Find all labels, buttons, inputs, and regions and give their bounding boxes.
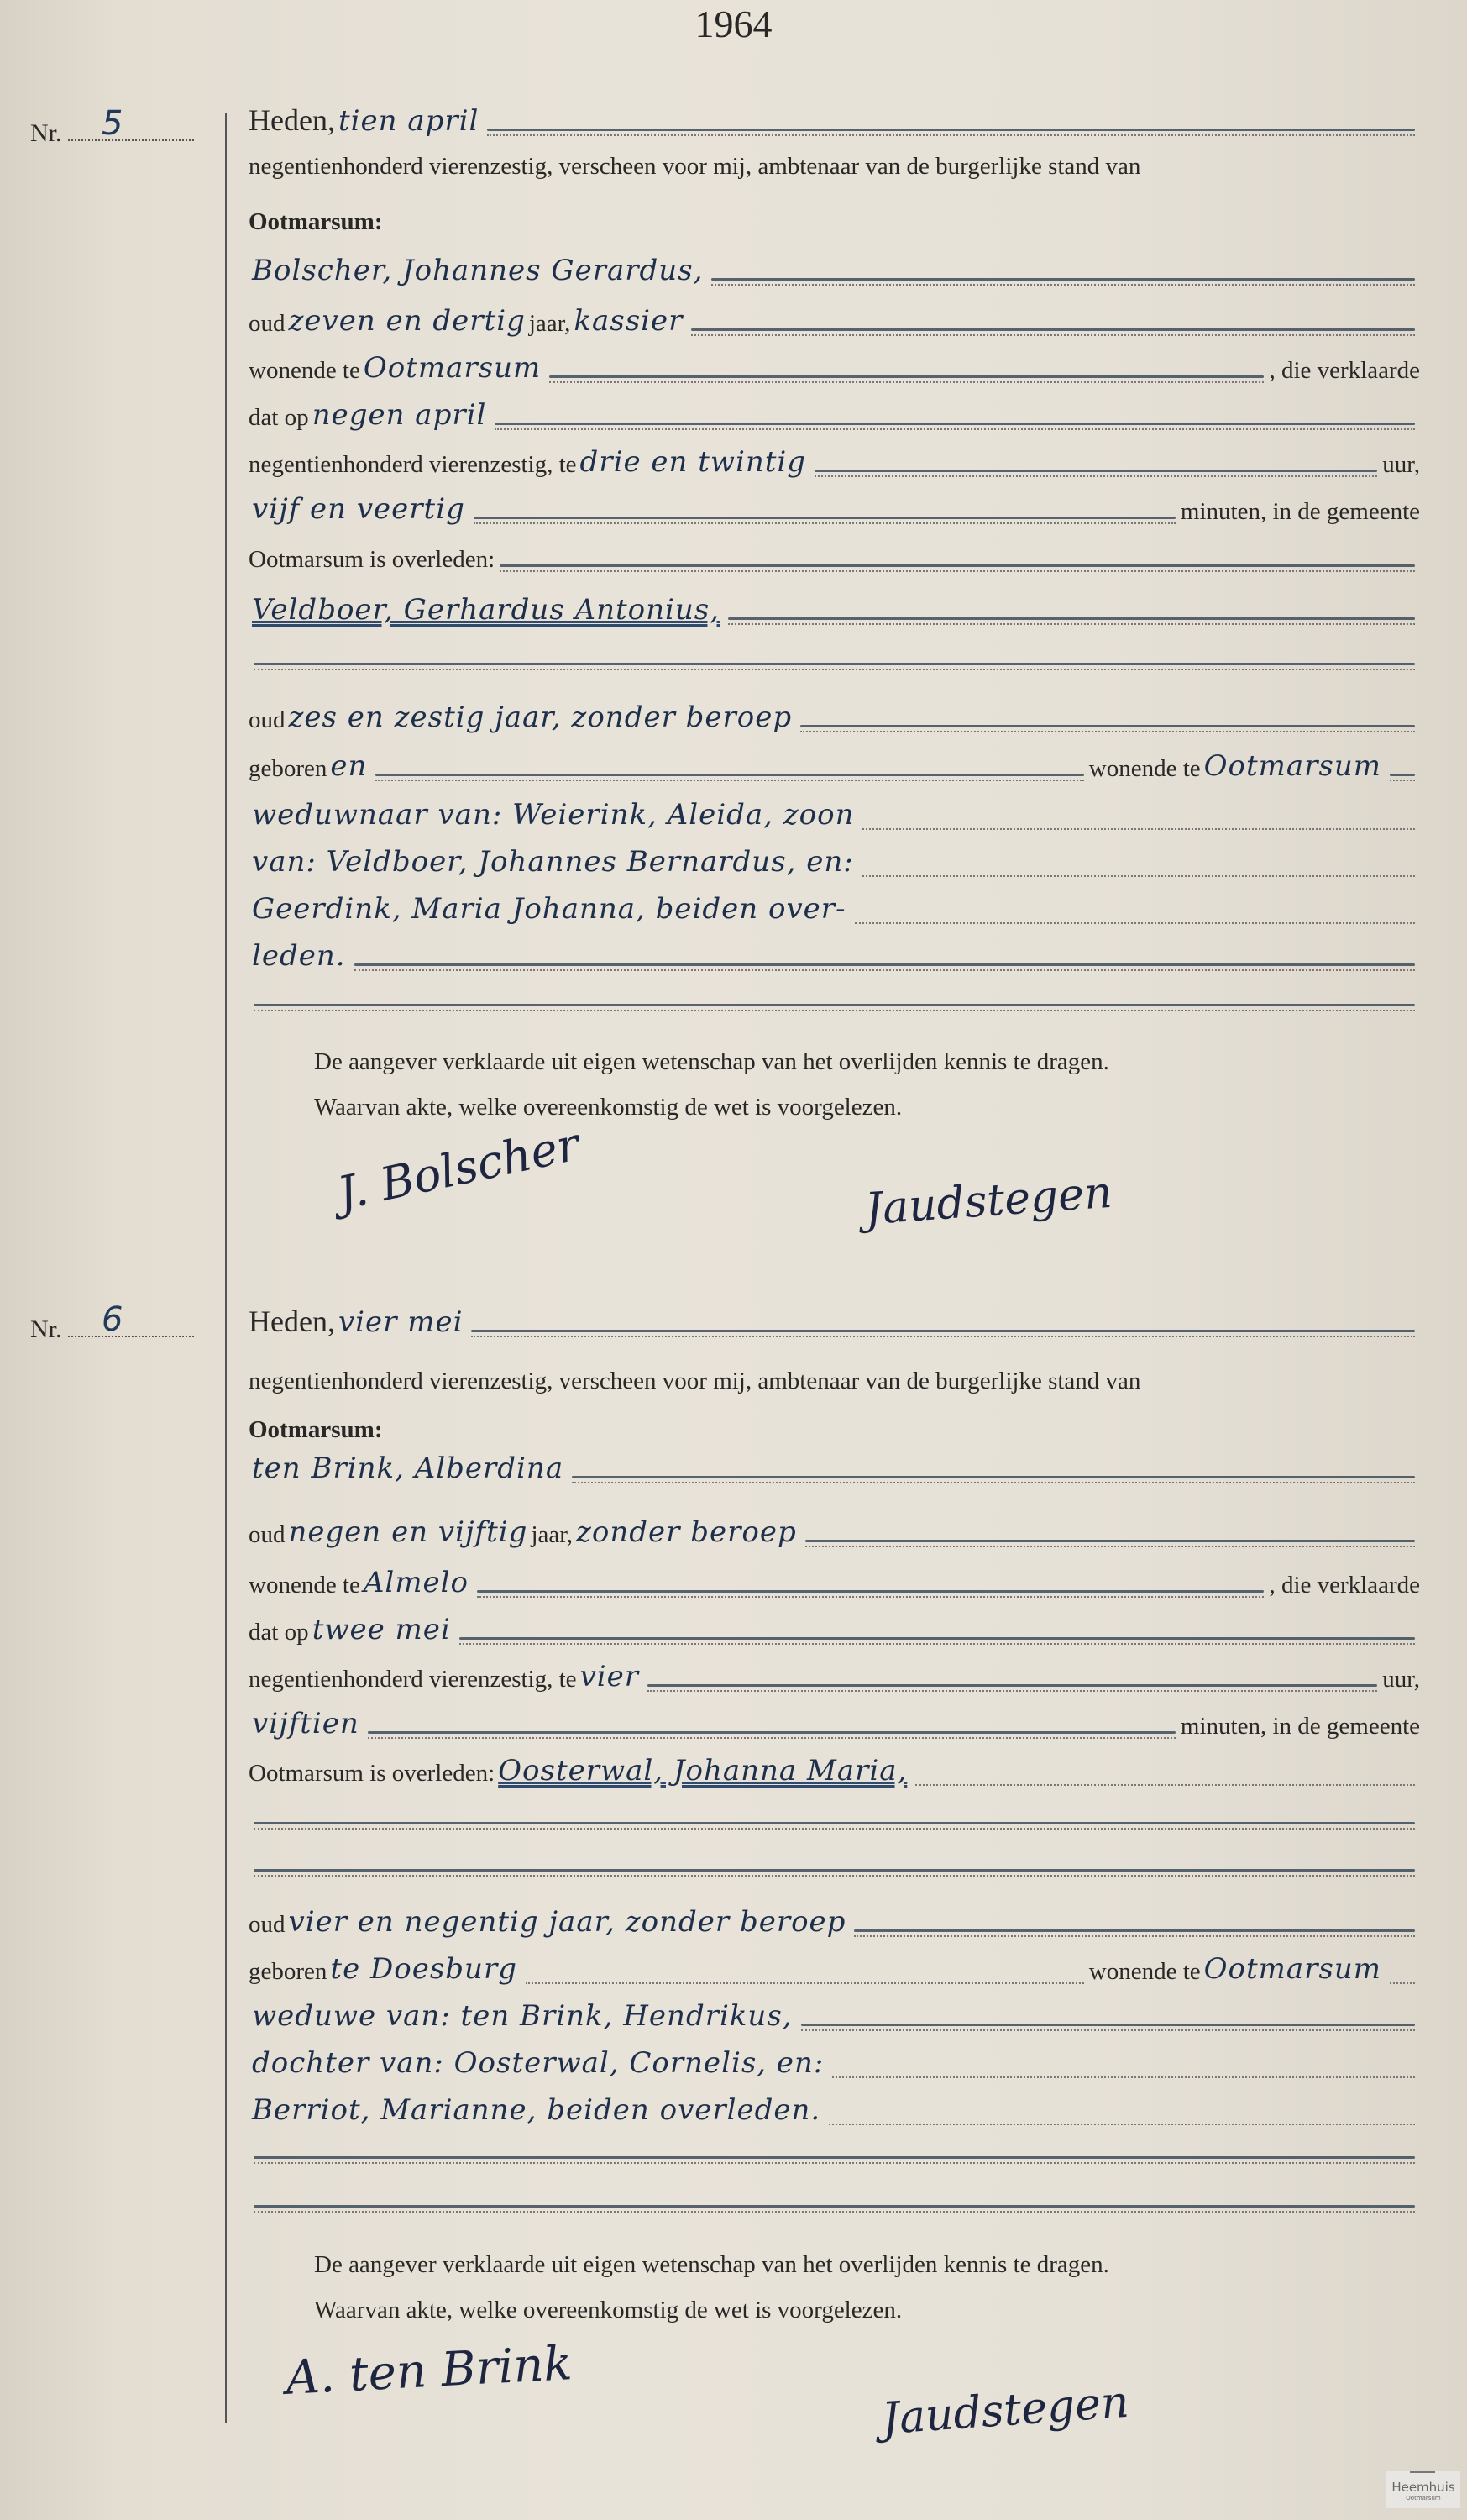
- statement-knowledge: De aangever verklaarde uit eigen wetensc…: [314, 2251, 1109, 2279]
- deceased-age-occupation: vier en negentig jaar, zonder beroep: [286, 1905, 850, 1939]
- relation-line: leden.: [249, 939, 349, 973]
- declarant-occupation: kassier: [570, 304, 686, 338]
- record-number: Nr. 6: [30, 1315, 194, 1344]
- death-hour: vier: [577, 1660, 642, 1693]
- deceased-name: Veldboer, Gerhardus Antonius,: [249, 593, 723, 627]
- declarant-residence: Ootmarsum: [360, 351, 544, 385]
- declarant-age: zeven en dertig: [286, 304, 529, 338]
- declarant-name: ten Brink, Alberdina: [249, 1452, 567, 1485]
- record-number: Nr. 5: [30, 119, 194, 148]
- death-date: negen april: [309, 398, 490, 432]
- record-number-value: 5: [102, 104, 123, 143]
- signature-declarant: A. ten Brink: [285, 2336, 574, 2406]
- declarant-occupation: zonder beroep: [573, 1515, 800, 1549]
- relation-line: van: Veldboer, Johannes Bernardus, en:: [249, 845, 857, 879]
- relation-line: weduwe van: ten Brink, Hendrikus,: [249, 1999, 796, 2033]
- heemhuis-logo: Heemhuis Ootmarsum: [1386, 2471, 1460, 2508]
- declarant-name: Bolscher, Johannes Gerardus,: [249, 254, 706, 287]
- heden-date: vier mei: [335, 1305, 467, 1339]
- record-number-value: 6: [102, 1300, 123, 1339]
- heden-line: Heden, tien april: [249, 102, 1420, 138]
- death-hour: drie en twintig: [577, 445, 810, 479]
- death-minutes: vijftien: [249, 1707, 363, 1740]
- page-year: 1964: [0, 2, 1467, 46]
- signature-official: Jaudstegen: [863, 1168, 1113, 1235]
- declarant-name-line: Bolscher, Johannes Gerardus,: [249, 254, 1420, 287]
- relation-line: dochter van: Oosterwal, Cornelis, en:: [249, 2046, 827, 2080]
- deceased-birthplace: en: [327, 749, 370, 783]
- relation-line: Geerdink, Maria Johanna, beiden over-: [249, 892, 850, 926]
- deceased-residence: Ootmarsum: [1201, 1952, 1385, 1986]
- statement-read: Waarvan akte, welke overeenkomstig de we…: [314, 2297, 902, 2324]
- deceased-residence: Ootmarsum: [1201, 749, 1385, 783]
- statement-read: Waarvan akte, welke overeenkomstig de we…: [314, 1094, 902, 1121]
- deceased-age-occupation: zes en zestig jaar, zonder beroep: [286, 701, 796, 734]
- declarant-residence: Almelo: [360, 1566, 472, 1599]
- death-minutes: vijf en veertig: [249, 492, 469, 526]
- house-roof-icon: [1410, 2471, 1435, 2485]
- signature-declarant: J. Bolscher: [333, 1117, 584, 1220]
- relation-line: Berriot, Marianne, beiden overleden.: [249, 2093, 824, 2127]
- margin-rule: [225, 113, 227, 2423]
- statement-knowledge: De aangever verklaarde uit eigen wetensc…: [314, 1048, 1109, 1076]
- signature-official: Jaudstegen: [880, 2377, 1130, 2444]
- heden-date: tien april: [335, 104, 482, 138]
- deceased-name: Oosterwal, Johanna Maria,: [495, 1754, 910, 1788]
- relation-line: weduwnaar van: Weierink, Aleida, zoon: [249, 798, 857, 832]
- death-date: twee mei: [309, 1613, 454, 1646]
- deceased-birthplace: te Doesburg: [327, 1952, 521, 1986]
- declarant-age: negen en vijftig: [286, 1515, 532, 1549]
